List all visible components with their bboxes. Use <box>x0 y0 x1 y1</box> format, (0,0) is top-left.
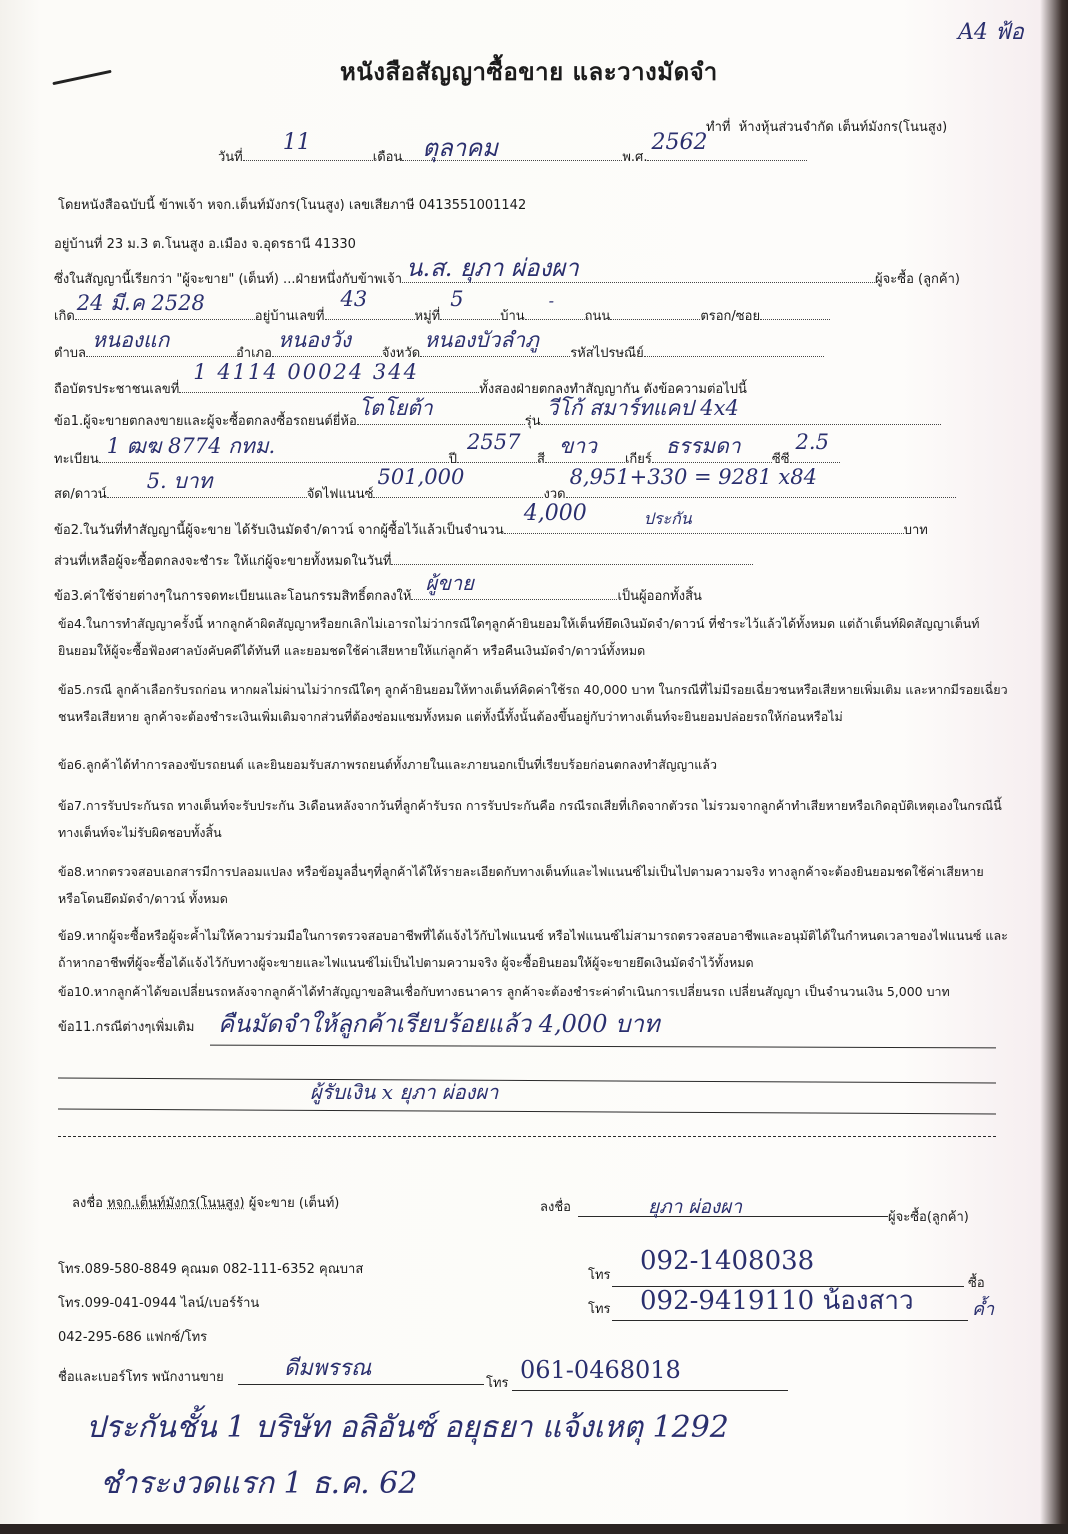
salesperson-name: ดีมพรรณ <box>284 1350 371 1385</box>
district-label: อำเภอ <box>236 346 272 361</box>
birth-label: เกิด <box>54 309 75 324</box>
buyer-phone-2-label: โทร <box>588 1298 611 1319</box>
model-value: วีโก้ สมาร์ทแคป 4x4 <box>547 392 739 425</box>
district-value: หนองวัง <box>278 324 351 357</box>
plate-value: 1 ฒฆ 8774 กทม. <box>107 430 275 463</box>
village-label: บ้าน <box>500 309 524 324</box>
district-field[interactable]: หนองวัง <box>272 342 382 357</box>
year-field[interactable]: 2562 <box>647 146 807 161</box>
brand-field[interactable]: โตโยต้า <box>357 410 525 425</box>
salesperson-phone-label: โทร <box>486 1372 509 1393</box>
buyer-row: ซึ่งในสัญญานี้เรียกว่า "ผู้จะขาย" (เต็นท… <box>54 268 960 289</box>
clause1-label: ข้อ1.ผู้จะขายตกลงขายและผู้จะซื้อตกลงซื้อ… <box>54 414 357 429</box>
id-label: ถือบัตรประชาชนเลขที่ <box>54 382 179 397</box>
color-value: ขาว <box>559 430 597 463</box>
province-value: หนองบัวลำภู <box>424 324 539 357</box>
deposit-amount: 4,000 <box>524 501 587 526</box>
soi-label: ตรอก/ซอย <box>700 309 760 324</box>
color-label: สี <box>537 452 545 467</box>
clause-8: ข้อ8.หากตรวจสอบเอกสารมีการปลอมแปลง หรือข… <box>58 858 1008 912</box>
clause-6: ข้อ6.ลูกค้าได้ทำการลองขับรถยนต์ และยินยอ… <box>58 756 1008 774</box>
page-edge <box>0 1524 1068 1534</box>
village-value: - <box>549 291 554 310</box>
date-row: วันที่11เดือนตุลาคมพ.ศ.2562 <box>218 146 807 167</box>
deposit-field[interactable]: 4,000ประกัน <box>504 519 904 534</box>
seller-signature: ลงชื่อ หจก.เต็นท์มังกร(โนนสูง) ผู้จะขาย … <box>72 1192 339 1213</box>
installment-value: 8,951+330 = 9281 x84 <box>570 465 817 489</box>
clause-9: ข้อ9.หากผู้จะซื้อหรือผู้จะค้ำไม่ให้ความร… <box>58 922 1008 976</box>
id-value: 1 4114 00024 344 <box>193 360 419 384</box>
subdistrict-field[interactable]: หนองแก <box>86 342 236 357</box>
installment-field[interactable]: 8,951+330 = 9281 x84 <box>566 483 956 498</box>
salesperson-label: ชื่อและเบอร์โทร พนักงานขาย <box>58 1366 224 1387</box>
down-value: 5. บาท <box>147 465 213 498</box>
seller-sign-role: ผู้จะขาย (เต็นท์) <box>249 1196 340 1211</box>
note-insurance: ประกันชั้น 1 บริษัท อลิอันซ์ อยุธยา แจ้ง… <box>86 1404 729 1451</box>
buyer-phone-2-value: 092-9419110 น้องสาว <box>640 1280 914 1321</box>
corner-note: A4 ฟ้อ <box>958 14 1024 49</box>
vehicle-year-value: 2557 <box>467 430 520 454</box>
fee-payer-field[interactable]: ผู้ขาย <box>411 585 617 600</box>
plate-label: ทะเบียน <box>54 452 99 467</box>
gear-field[interactable]: ธรรมดา <box>652 448 772 463</box>
model-label: รุ่น <box>525 414 541 429</box>
house-no-value: 43 <box>341 287 368 311</box>
buyer-phone-1-label: โทร <box>588 1264 611 1285</box>
seller-address: อยู่บ้านที่ 23 ม.3 ต.โนนสูง อ.เมือง จ.อุ… <box>54 233 356 254</box>
made-at-value: ห้างหุ้นส่วนจำกัด เต็นท์มังกร(โนนสูง) <box>739 120 947 135</box>
down-field[interactable]: 5. บาท <box>107 483 307 498</box>
pen-mark <box>52 70 111 85</box>
buyer-name-field[interactable]: น.ส. ยุภา ผ่องผา <box>402 268 875 283</box>
made-at-label: ทำที่ <box>706 120 730 135</box>
buyer-name-value: น.ส. ยุภา ผ่องผา <box>406 248 579 287</box>
clause3-label: ข้อ3.ค่าใช้จ่ายต่างๆในการจดทะเบียนและโอน… <box>54 589 411 604</box>
birth-field[interactable]: 24 มี.ค 2528 <box>75 305 255 320</box>
road-label: ถนน <box>585 309 611 324</box>
seller-contact-2: โทร.099-041-0944 ไลน์/เบอร์ร้าน <box>58 1292 259 1313</box>
birth-value: 24 มี.ค 2528 <box>77 287 205 320</box>
buyer-birth-row: เกิด24 มี.ค 2528อยู่บ้านเลขที่43หมู่ที่5… <box>54 305 830 326</box>
buyer-sign-role: ผู้จะซื้อ(ลูกค้า) <box>888 1206 969 1227</box>
salesperson-phone: 061-0468018 <box>520 1356 681 1384</box>
subdistrict-value: หนองแก <box>92 324 169 357</box>
seller-contact-3: 042-295-686 แฟกซ์/โทร <box>58 1326 207 1347</box>
made-at: ทำที่ ห้างหุ้นส่วนจำกัด เต็นท์มังกร(โนนส… <box>706 116 947 137</box>
clause11-rule-3 <box>58 1109 996 1115</box>
clause-3: ข้อ3.ค่าใช้จ่ายต่างๆในการจดทะเบียนและโอน… <box>54 585 702 606</box>
soi-field[interactable] <box>760 305 830 320</box>
salesperson-phone-line[interactable] <box>512 1390 788 1391</box>
clause-2-remaining: ส่วนที่เหลือผู้จะซื้อตกลงจะชำระ ให้แก่ผู… <box>54 550 753 571</box>
vehicle-row-3: สด/ดาวน์5. บาทจัดไฟแนนซ์501,000งวด8,951+… <box>54 483 956 504</box>
clause11-label: ข้อ11.กรณีต่างๆเพิ่มเติม <box>58 1016 194 1037</box>
model-field[interactable]: วีโก้ สมาร์ทแคป 4x4 <box>541 410 941 425</box>
year-value: 2562 <box>651 130 707 155</box>
vehicle-row-1: ข้อ1.ผู้จะขายตกลงขายและผู้จะซื้อตกลงซื้อ… <box>54 410 941 431</box>
moo-field[interactable]: 5 <box>440 305 500 320</box>
document-title: หนังสือสัญญาซื้อขาย และวางมัดจำ <box>340 52 718 91</box>
day-label: วันที่ <box>218 150 243 165</box>
road-field[interactable] <box>610 305 700 320</box>
seller-contact-1: โทร.089-580-8849 คุณมด 082-111-6352 คุณบ… <box>58 1258 363 1279</box>
deposit-unit: บาท <box>904 523 928 538</box>
postcode-label: รหัสไปรษณีย์ <box>570 346 644 361</box>
seller-sign-label: ลงชื่อ <box>72 1196 103 1211</box>
id-field[interactable]: 1 4114 00024 344 <box>179 378 479 393</box>
clause-5: ข้อ5.กรณี ลูกค้าเลือกรับรถก่อน หากผลไม่ผ… <box>58 676 1008 730</box>
moo-label: หมู่ที่ <box>415 309 441 324</box>
clause3-suffix: เป็นผู้ออกทั้งสิ้น <box>617 589 701 604</box>
postcode-field[interactable] <box>644 342 824 357</box>
subdistrict-label: ตำบล <box>54 346 86 361</box>
province-field[interactable]: หนองบัวลำภู <box>420 342 570 357</box>
clause11-rule-1 <box>210 1045 996 1049</box>
buyer-role-label: ผู้จะซื้อ (ลูกค้า) <box>875 272 960 287</box>
year-label: พ.ศ. <box>622 150 647 165</box>
cc-value: 2.5 <box>796 430 829 454</box>
clause11-line1: คืนมัดจำให้ลูกค้าเรียบร้อยแล้ว 4,000 บาท <box>218 1004 660 1043</box>
clause11-rule-4 <box>58 1136 996 1137</box>
buyer-intro-label: ซึ่งในสัญญานี้เรียกว่า "ผู้จะขาย" (เต็นท… <box>54 272 402 287</box>
buyer-sign-value: ยุภา ผ่องผา <box>648 1192 742 1222</box>
month-label: เดือน <box>373 150 403 165</box>
buyer-phone-1-value: 092-1408038 <box>640 1246 814 1276</box>
installment-label: งวด <box>543 487 565 502</box>
day-value: 11 <box>283 130 311 155</box>
buyer-phone-2-line[interactable] <box>612 1320 968 1321</box>
down-label: สด/ดาวน์ <box>54 487 107 502</box>
remaining-label: ส่วนที่เหลือผู้จะซื้อตกลงจะชำระ ให้แก่ผู… <box>54 554 391 569</box>
deposit-note: ประกัน <box>644 507 692 532</box>
clause-10: ข้อ10.หากลูกค้าได้ขอเปลี่ยนรถหลังจากลูกค… <box>58 983 1008 1001</box>
buyer-phone-1-suffix: ซื้อ <box>968 1272 985 1293</box>
finance-field[interactable]: 501,000 <box>373 483 543 498</box>
house-no-label: อยู่บ้านเลขที่ <box>255 309 325 324</box>
cc-field[interactable]: 2.5 <box>790 448 840 463</box>
clause-4: ข้อ4.ในการทำสัญญาครั้งนี้ หากลูกค้าผิดสั… <box>58 610 1008 664</box>
house-no-field[interactable]: 43 <box>325 305 415 320</box>
gear-value: ธรรมดา <box>666 430 741 463</box>
buyer-address-row: ตำบลหนองแกอำเภอหนองวังจังหวัดหนองบัวลำภู… <box>54 342 824 363</box>
clause2-label: ข้อ2.ในวันที่ทำสัญญานี้ผู้จะขาย ได้รับเง… <box>54 523 504 538</box>
seller-intro: โดยหนังสือฉบับนี้ ข้าพเจ้า หจก.เต็นท์มัง… <box>58 194 526 215</box>
fee-payer-value: ผู้ขาย <box>425 567 473 599</box>
clause-7: ข้อ7.การรับประกันรถ ทางเต็นท์จะรับประกัน… <box>58 792 1008 846</box>
plate-field[interactable]: 1 ฒฆ 8774 กทม. <box>99 448 449 463</box>
remaining-date-field[interactable] <box>391 550 753 565</box>
moo-value: 5 <box>450 287 463 311</box>
finance-value: 501,000 <box>377 465 464 489</box>
finance-label: จัดไฟแนนซ์ <box>307 487 374 502</box>
village-field[interactable]: - <box>525 305 585 320</box>
buyer-sign-label: ลงชื่อ <box>540 1196 571 1217</box>
contract-page: A4 ฟ้อ หนังสือสัญญาซื้อขาย และวางมัดจำ ท… <box>0 0 1068 1534</box>
province-label: จังหวัด <box>382 346 420 361</box>
buyer-phone-2-suffix: ค้ำ <box>972 1294 994 1323</box>
day-field[interactable]: 11 <box>243 146 373 161</box>
brand-value: โตโยต้า <box>359 392 433 425</box>
vehicle-year-field[interactable]: 2557 <box>457 448 537 463</box>
clause-2: ข้อ2.ในวันที่ทำสัญญานี้ผู้จะขาย ได้รับเง… <box>54 519 928 540</box>
note-first-payment: ชำระงวดแรก 1 ธ.ค. 62 <box>100 1460 417 1507</box>
clause11-rule-2 <box>58 1078 996 1084</box>
month-field[interactable]: ตุลาคม <box>402 146 622 161</box>
clause11-line2: ผู้รับเงิน x ยุภา ผ่องผา <box>310 1076 498 1108</box>
seller-sign-name: หจก.เต็นท์มังกร(โนนสูง) <box>107 1196 244 1211</box>
color-field[interactable]: ขาว <box>545 448 625 463</box>
month-value: ตุลาคม <box>422 128 498 167</box>
